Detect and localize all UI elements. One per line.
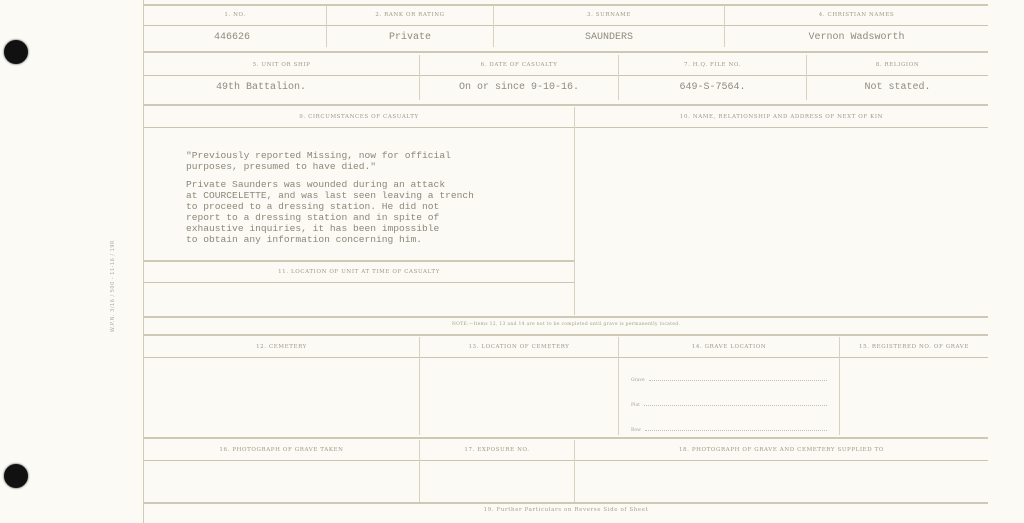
field-date-of-casualty: 6. Date of Casualty On or since 9-10-16.	[420, 55, 619, 100]
field-cemetery: 12. Cemetery	[144, 337, 420, 435]
field-location-of-unit: 11. Location of Unit at Time of Casualty	[144, 262, 574, 283]
note-text: NOTE.—Items 12, 13 and 14 are not to be …	[144, 322, 988, 327]
field-number: 1. No. 446626	[144, 5, 327, 47]
circumstances-summary: "Previously reported Missing, now for of…	[186, 150, 574, 172]
punch-hole-bottom	[4, 464, 28, 488]
field-photograph-supplied-to: 18. Photograph of Grave and Cemetery Sup…	[575, 440, 988, 502]
row-photograph: 16. Photograph of Grave Taken 17. Exposu…	[144, 440, 988, 502]
side-stamp: W.P.N. 3/16 / 500 - 11-16 / 19R	[110, 240, 116, 332]
row-circumstances: 9. Circumstances of Casualty "Previously…	[144, 107, 988, 315]
field-christian-names: 4. Christian Names Vernon Wadsworth	[725, 5, 988, 47]
row-line: Row	[631, 408, 827, 433]
field-hq-file-no: 7. H.Q. File No. 649-S-7564.	[619, 55, 807, 100]
field-rank: 2. Rank or Rating Private	[327, 5, 494, 47]
field-surname: 3. Surname SAUNDERS	[494, 5, 725, 47]
punch-hole-top	[4, 40, 28, 64]
plot-line: Plot	[631, 383, 827, 408]
field-grave-location: 14. Grave Location Grave Plot Row	[619, 337, 840, 435]
footer-text: 19. Further Particulars on Reverse Side …	[144, 507, 988, 513]
field-photograph-taken: 16. Photograph of Grave Taken	[144, 440, 420, 502]
circumstances-detail: Private Saunders was wounded during an a…	[186, 179, 574, 245]
field-registered-no: 15. Registered No. of Grave	[840, 337, 988, 435]
row-unit: 5. Unit or Ship 49th Battalion. 6. Date …	[144, 55, 988, 100]
field-next-of-kin: 10. Name, Relationship and Address of Ne…	[575, 107, 988, 315]
casualty-card: 1. No. 446626 2. Rank or Rating Private …	[143, 0, 988, 523]
grave-line: Grave	[631, 358, 827, 383]
field-unit: 5. Unit or Ship 49th Battalion.	[144, 55, 420, 100]
row-identity: 1. No. 446626 2. Rank or Rating Private …	[144, 5, 988, 47]
field-location-of-cemetery: 13. Location of Cemetery	[420, 337, 619, 435]
field-circumstances: 9. Circumstances of Casualty "Previously…	[144, 107, 575, 315]
row-cemetery: 12. Cemetery 13. Location of Cemetery 14…	[144, 337, 988, 435]
field-exposure-no: 17. Exposure No.	[420, 440, 575, 502]
field-religion: 8. Religion Not stated.	[807, 55, 988, 100]
